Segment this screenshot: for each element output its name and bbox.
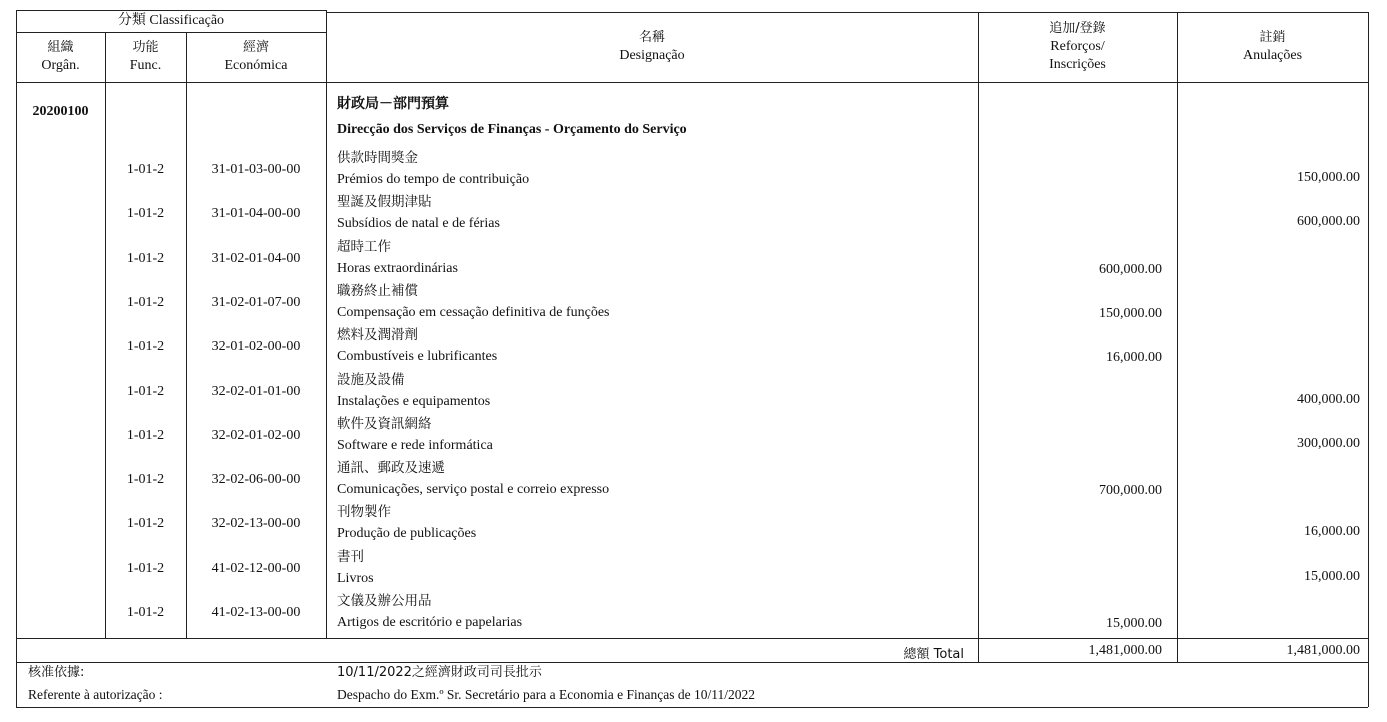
total-cancellations: 1,481,000.00	[1177, 643, 1360, 659]
designation-zh: 通訊、郵政及速遞	[337, 458, 609, 479]
authorization-label-zh: 核准依據:	[28, 662, 163, 684]
func-code: 1-01-2	[105, 162, 186, 178]
rule	[978, 12, 979, 662]
designation-pt: Compensação em cessação definitiva de fu…	[337, 302, 610, 324]
designation-pt: Livros	[337, 568, 374, 590]
designation: 聖誕及假期津貼Subsídios de natal e de férias	[337, 192, 500, 235]
rule	[1177, 12, 1178, 662]
header-designation-pt: Designação	[619, 47, 684, 65]
section-title-zh: 財政局－部門預算	[337, 92, 687, 117]
designation: 通訊、郵政及速遞Comunicações, serviço postal e c…	[337, 458, 609, 501]
econ-code: 31-01-03-00-00	[186, 162, 326, 178]
header-reinforcements: 追加/登錄 Reforços/ Inscrições	[978, 12, 1177, 82]
rule	[1368, 12, 1369, 707]
rule	[105, 32, 106, 638]
total-label-text: 總額 Total	[904, 647, 965, 662]
section-title: 財政局－部門預算 Direcção dos Serviços de Finanç…	[337, 92, 687, 142]
designation: 設施及設備Instalações e equipamentos	[337, 370, 490, 413]
reinforcement-amount: 15,000.00	[978, 616, 1162, 632]
cancellation-amount: 16,000.00	[1177, 524, 1360, 540]
header-cancellations-zh: 註銷	[1259, 29, 1285, 47]
designation: 燃料及潤滑劑Combustíveis e lubrificantes	[337, 325, 497, 368]
organ-code: 20200100	[16, 104, 105, 120]
header-cancellations: 註銷 Anulações	[1177, 12, 1368, 82]
header-classification-label: 分類 Classificação	[118, 12, 224, 30]
econ-code: 31-02-01-07-00	[186, 295, 326, 311]
designation-zh: 設施及設備	[337, 370, 490, 391]
designation: 軟件及資訊網絡Software e rede informática	[337, 414, 493, 457]
designation-zh: 刊物製作	[337, 502, 476, 523]
designation-pt: Comunicações, serviço postal e correio e…	[337, 479, 609, 501]
econ-code: 41-02-13-00-00	[186, 605, 326, 621]
footer-bottom-rule	[16, 707, 1368, 708]
rule	[326, 10, 327, 638]
designation: 供款時間獎金Prémios do tempo de contribuição	[337, 148, 529, 191]
designation-zh: 供款時間獎金	[337, 148, 529, 169]
section-title-pt: Direcção dos Serviços de Finanças - Orça…	[337, 117, 687, 142]
designation-pt: Horas extraordinárias	[337, 258, 458, 280]
econ-code: 32-02-06-00-00	[186, 472, 326, 488]
header-econ-pt: Económica	[225, 57, 288, 75]
authorization-label-pt: Referente à autorização :	[28, 684, 163, 706]
header-func-pt: Func.	[130, 57, 162, 75]
econ-code: 32-01-02-00-00	[186, 339, 326, 355]
header-econ: 經濟 Económica	[186, 32, 326, 82]
designation-pt: Combustíveis e lubrificantes	[337, 346, 497, 368]
header-reinforcements-zh: 追加/登錄	[1049, 20, 1105, 38]
designation-pt: Produção de publicações	[337, 523, 476, 545]
rule	[186, 32, 187, 638]
rule	[16, 662, 17, 707]
func-code: 1-01-2	[105, 605, 186, 621]
econ-code: 32-02-13-00-00	[186, 516, 326, 532]
designation-zh: 文儀及辦公用品	[337, 591, 522, 612]
header-organ-pt: Orgân.	[41, 57, 79, 75]
total-label: 總額 Total	[700, 643, 964, 663]
designation-pt: Artigos de escritório e papelarias	[337, 612, 522, 634]
designation-pt: Subsídios de natal e de férias	[337, 213, 500, 235]
total-reinforcements: 1,481,000.00	[978, 643, 1162, 659]
designation-zh: 聖誕及假期津貼	[337, 192, 500, 213]
econ-code: 41-02-12-00-00	[186, 561, 326, 577]
header-designation-zh: 名稱	[639, 29, 665, 47]
header-func: 功能 Func.	[105, 32, 186, 82]
cancellation-amount: 400,000.00	[1177, 392, 1360, 408]
designation: 職務終止補償Compensação em cessação definitiva…	[337, 281, 610, 324]
func-code: 1-01-2	[105, 561, 186, 577]
designation-zh: 燃料及潤滑劑	[337, 325, 497, 346]
cancellation-amount: 300,000.00	[1177, 436, 1360, 452]
authorization-value: 10/11/2022之經濟財政司司長批示 Despacho do Exm.º S…	[337, 662, 755, 706]
designation: 刊物製作Produção de publicações	[337, 502, 476, 545]
authorization-value-zh: 10/11/2022之經濟財政司司長批示	[337, 662, 755, 684]
authorization-label: 核准依據: Referente à autorização :	[28, 662, 163, 706]
designation-pt: Software e rede informática	[337, 435, 493, 457]
designation-zh: 職務終止補償	[337, 281, 610, 302]
reinforcement-amount: 700,000.00	[978, 483, 1162, 499]
body-bottom-rule	[16, 638, 1368, 639]
econ-code: 31-01-04-00-00	[186, 206, 326, 222]
header-organ: 組織 Orgân.	[16, 32, 105, 82]
func-code: 1-01-2	[105, 295, 186, 311]
func-code: 1-01-2	[105, 384, 186, 400]
header-classification: 分類 Classificação	[16, 10, 326, 32]
header-bottom-rule	[16, 82, 1368, 83]
designation-pt: Instalações e equipamentos	[337, 391, 490, 413]
func-code: 1-01-2	[105, 339, 186, 355]
authorization-value-pt: Despacho do Exm.º Sr. Secretário para a …	[337, 684, 755, 706]
econ-code: 32-02-01-01-00	[186, 384, 326, 400]
func-code: 1-01-2	[105, 251, 186, 267]
header-cancellations-pt: Anulações	[1243, 47, 1302, 65]
header-organ-zh: 組織	[47, 39, 73, 57]
header-reinforcements-pt: Reforços/	[1050, 38, 1104, 56]
header-func-zh: 功能	[132, 39, 158, 57]
header-econ-zh: 經濟	[243, 39, 269, 57]
header-designation: 名稱 Designação	[326, 12, 978, 82]
func-code: 1-01-2	[105, 516, 186, 532]
designation: 書刊Livros	[337, 547, 374, 590]
reinforcement-amount: 600,000.00	[978, 262, 1162, 278]
cancellation-amount: 600,000.00	[1177, 214, 1360, 230]
designation-pt: Prémios do tempo de contribuição	[337, 169, 529, 191]
designation: 超時工作Horas extraordinárias	[337, 237, 458, 280]
func-code: 1-01-2	[105, 206, 186, 222]
reinforcement-amount: 16,000.00	[978, 350, 1162, 366]
designation: 文儀及辦公用品Artigos de escritório e papelaria…	[337, 591, 522, 634]
cancellation-amount: 15,000.00	[1177, 569, 1360, 585]
header-reinforcements-pt-2: Inscrições	[1049, 56, 1106, 74]
func-code: 1-01-2	[105, 428, 186, 444]
econ-code: 32-02-01-02-00	[186, 428, 326, 444]
designation-zh: 軟件及資訊網絡	[337, 414, 493, 435]
func-code: 1-01-2	[105, 472, 186, 488]
econ-code: 31-02-01-04-00	[186, 251, 326, 267]
reinforcement-amount: 150,000.00	[978, 306, 1162, 322]
designation-zh: 書刊	[337, 547, 374, 568]
cancellation-amount: 150,000.00	[1177, 170, 1360, 186]
designation-zh: 超時工作	[337, 237, 458, 258]
